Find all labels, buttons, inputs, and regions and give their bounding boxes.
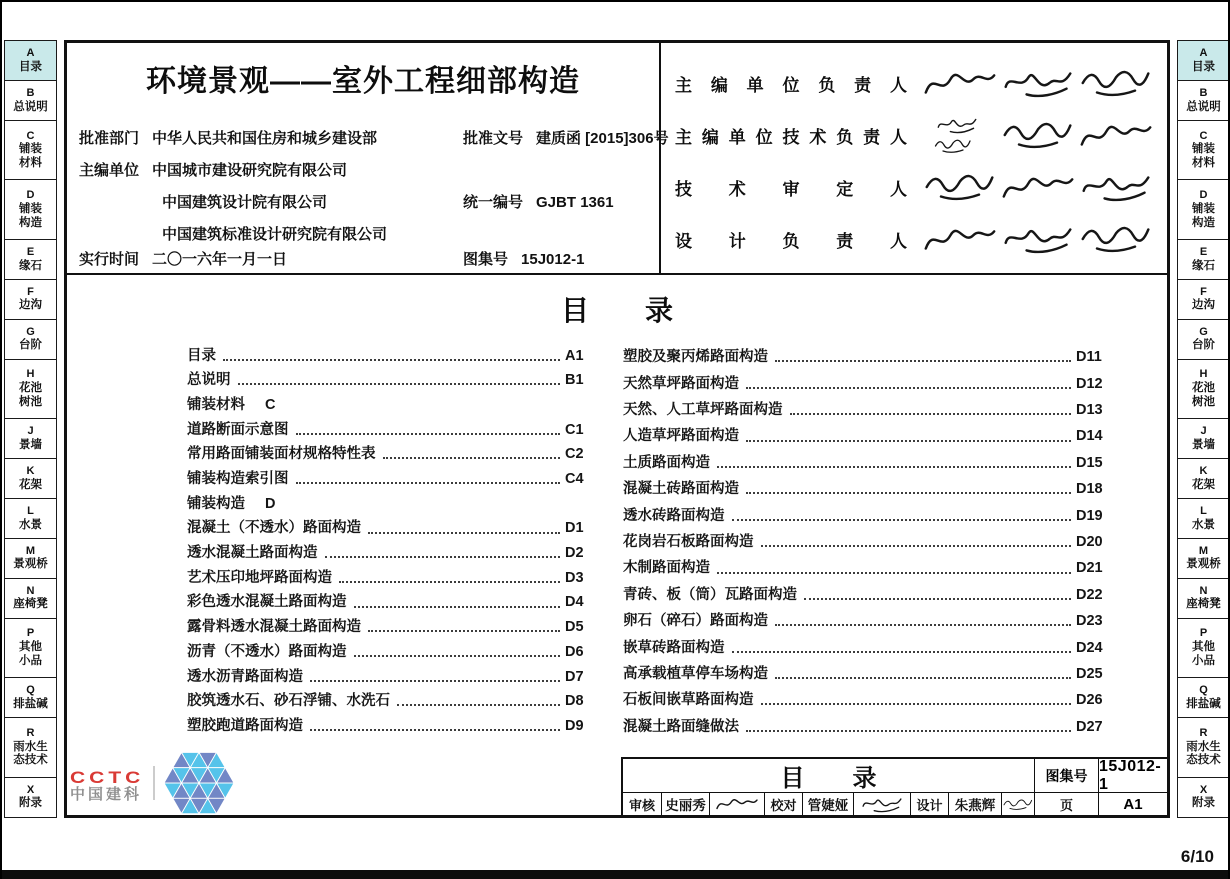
sidebar-tab-letter: D xyxy=(27,189,35,203)
toc-entry-title: 透水混凝土路面构造 xyxy=(187,544,318,562)
toc-entry-page: D11 xyxy=(1076,348,1110,366)
sidebar-tab-letter: J xyxy=(1200,425,1206,439)
sidebar-tab-B[interactable]: B总说明 xyxy=(1177,80,1230,121)
sidebar-tab-letter: N xyxy=(27,585,35,599)
toc-entry-title: 石板间嵌草路面构造 xyxy=(623,691,754,709)
sidebar-tab-name: 排盐碱 xyxy=(1186,698,1221,712)
sidebar-tab-name: 其他 小品 xyxy=(1192,641,1215,669)
dot-leader xyxy=(296,433,561,435)
toc-entry-title: 总说明 xyxy=(187,371,231,389)
designer-signature xyxy=(1001,792,1034,815)
sidebar-tab-letter: P xyxy=(1200,627,1207,641)
sidebar-tab-letter: F xyxy=(27,286,34,300)
dot-leader xyxy=(717,466,1071,468)
toc-entry[interactable]: 露骨料透水混凝土路面构造D5 xyxy=(187,612,599,637)
sidebar-tab-letter: J xyxy=(27,425,33,439)
toc-entry[interactable]: 高承载植草停车场构造D25 xyxy=(623,657,1110,683)
chief-editor-3: 中国建筑标准设计研究院有限公司 xyxy=(162,226,387,243)
toc-entry[interactable]: 铺装构造索引图C4 xyxy=(187,463,599,488)
handwritten-signature xyxy=(921,216,999,262)
sidebar-tab-letter: M xyxy=(26,545,35,559)
toc-entry-title: 常用路面铺装面材规格特性表 xyxy=(187,445,376,463)
toc-entry[interactable]: 透水砖路面构造D19 xyxy=(623,498,1110,524)
toc-entry-title: 卵石（碎石）路面构造 xyxy=(623,612,768,630)
sidebar-tab-J[interactable]: J景墙 xyxy=(1177,418,1230,459)
atlas-title: 环境景观——室外工程细部构造 xyxy=(67,56,659,100)
dot-leader xyxy=(732,651,1072,653)
approval-row: 批准部门中华人民共和国住房和城乡建设部 批准文号建质函 [2015]306号 xyxy=(79,127,651,149)
handwritten-signature xyxy=(1077,60,1155,106)
dot-leader xyxy=(775,677,1071,679)
approval-dept-label: 批准部门 xyxy=(79,130,139,147)
toc-entry-title: 彩色透水混凝土路面构造 xyxy=(187,593,347,611)
sidebar-tab-name: 花池 树池 xyxy=(1192,382,1215,410)
sidebar-tab-X[interactable]: X附录 xyxy=(4,777,57,818)
toc-section-code: D xyxy=(265,495,275,513)
effective-date-value: 二〇一六年一月一日 xyxy=(152,251,287,268)
sidebar-tab-letter: C xyxy=(1200,130,1208,144)
dot-leader xyxy=(804,598,1071,600)
sidebar-tab-name: 附录 xyxy=(1192,797,1215,811)
signature-row-label: 设计负责人 xyxy=(675,227,907,252)
dot-leader xyxy=(310,680,560,682)
handwritten-signature xyxy=(999,164,1077,210)
sidebar-tab-letter: Q xyxy=(1199,684,1208,698)
toc-entry-page: D12 xyxy=(1076,375,1110,393)
dot-leader xyxy=(354,655,561,657)
sidebar-tab-M[interactable]: M景观桥 xyxy=(4,538,57,579)
toc-entry[interactable]: 沥青（不透水）路面构造D6 xyxy=(187,636,599,661)
toc-entry-page: D25 xyxy=(1076,665,1110,683)
sidebar-tab-name: 花架 xyxy=(19,479,42,493)
toc-entry[interactable]: 木制路面构造D21 xyxy=(623,551,1110,577)
signature-row-label: 主编单位技术负责人 xyxy=(675,123,907,148)
toc-entry-page: B1 xyxy=(565,371,599,389)
sidebar-tab-name: 雨水生 态技术 xyxy=(1186,741,1221,769)
toc-entry-title: 混凝土（不透水）路面构造 xyxy=(187,519,361,537)
sidebar-tab-M[interactable]: M景观桥 xyxy=(1177,538,1230,579)
proofreader-signature xyxy=(853,792,910,815)
toc-entry-page: D22 xyxy=(1076,586,1110,604)
dot-leader xyxy=(746,492,1071,494)
chief-editor-1: 中国城市建设研究院有限公司 xyxy=(152,162,347,179)
unified-no-label: 统一编号 xyxy=(463,194,523,211)
sidebar-tab-letter: A xyxy=(1200,47,1208,61)
dot-leader xyxy=(238,383,561,385)
sidebar-tab-name: 铺装 材料 xyxy=(1192,143,1215,171)
sidebar-tab-letter: P xyxy=(27,627,34,641)
toc-entry[interactable]: 青砖、板（筒）瓦路面构造D22 xyxy=(623,578,1110,604)
toc-section-header[interactable]: 铺装构造D xyxy=(187,488,599,513)
toc-entry[interactable]: 胶筑透水石、砂石浮铺、水洗石D8 xyxy=(187,686,599,711)
proofreader-name: 管婕娅 xyxy=(802,792,853,815)
effective-date-row: 实行时间二〇一六年一月一日 图集号15J012-1 xyxy=(79,248,651,270)
sidebar-tab-letter: A xyxy=(27,47,35,61)
proofreader-label: 校对 xyxy=(764,792,802,815)
dot-leader xyxy=(296,482,561,484)
sidebar-tab-name: 水景 xyxy=(19,519,42,533)
sidebar-tab-name: 总说明 xyxy=(13,101,48,115)
toc-entry-page: C4 xyxy=(565,470,599,488)
toc-entry-title: 天然、人工草坪路面构造 xyxy=(623,401,783,419)
toc-entry[interactable]: 嵌草砖路面构造D24 xyxy=(623,630,1110,656)
reviewer-signature xyxy=(709,792,764,815)
sidebar-tab-letter: N xyxy=(1200,585,1208,599)
drawing-title-block: 目 录 图集号 15J012-1 审核 史丽秀 校对 管婕娅 设计 朱燕辉 页 … xyxy=(621,757,1167,815)
toc-entry-title: 铺装构造索引图 xyxy=(187,470,289,488)
page-label: 页 xyxy=(1034,792,1098,815)
toc-entry-title: 艺术压印地坪路面构造 xyxy=(187,569,332,587)
logo-divider xyxy=(153,766,155,800)
sidebar-tab-name: 总说明 xyxy=(1186,101,1221,115)
toc-entry-page: D7 xyxy=(565,668,599,686)
dot-leader xyxy=(717,572,1071,574)
sidebar-tab-letter: L xyxy=(1200,505,1207,519)
sidebar-tab-letter: C xyxy=(27,130,35,144)
viewer-page-indicator: 6/10 xyxy=(1181,847,1214,867)
header-info-block: 环境景观——室外工程细部构造 批准部门中华人民共和国住房和城乡建设部 批准文号建… xyxy=(67,43,661,273)
handwritten-signature xyxy=(1077,112,1155,158)
toc-heading: 目 录 xyxy=(67,289,1167,329)
sidebar-tab-K[interactable]: K花架 xyxy=(1177,458,1230,499)
dot-leader xyxy=(368,532,560,534)
handwritten-signature xyxy=(921,164,999,210)
signature-row: 技术审定人 xyxy=(675,162,1161,212)
sidebar-tab-name: 座椅凳 xyxy=(13,598,48,612)
sidebar-tab-name: 景观桥 xyxy=(1186,558,1221,572)
sidebar-tab-C[interactable]: C铺装 材料 xyxy=(4,120,57,181)
title-block-title: 目 录 xyxy=(623,759,1034,792)
sidebar-tab-D[interactable]: D铺装 构造 xyxy=(1177,179,1230,240)
sidebar-tab-P[interactable]: P其他 小品 xyxy=(4,618,57,679)
toc-entry[interactable]: 彩色透水混凝土路面构造D4 xyxy=(187,587,599,612)
signature-row: 设计负责人 xyxy=(675,214,1161,264)
dot-leader xyxy=(775,624,1071,626)
document-page: A目录B总说明C铺装 材料D铺装 构造E缘石F边沟G台阶H花池 树池J景墙K花架… xyxy=(0,0,1230,879)
sidebar-tab-name: 景观桥 xyxy=(13,558,48,572)
toc-entry-title: 天然草坪路面构造 xyxy=(623,375,739,393)
toc-entry[interactable]: 花岗岩石板路面构造D20 xyxy=(623,525,1110,551)
sidebar-tab-name: 台阶 xyxy=(19,339,42,353)
toc-entry-page: D20 xyxy=(1076,533,1110,551)
viewer-bottom-bar xyxy=(2,870,1228,879)
dot-leader xyxy=(368,630,560,632)
toc-entry-title: 铺装构造 xyxy=(187,495,245,513)
dot-leader xyxy=(746,387,1071,389)
dot-leader xyxy=(732,519,1072,521)
toc-entry-title: 道路断面示意图 xyxy=(187,421,289,439)
handwritten-signature xyxy=(1077,164,1155,210)
toc-entry-title: 塑胶及聚丙烯路面构造 xyxy=(623,348,768,366)
sidebar-tab-letter: L xyxy=(27,505,34,519)
approval-no-label: 批准文号 xyxy=(463,130,523,147)
toc-entry-title: 露骨料透水混凝土路面构造 xyxy=(187,618,361,636)
toc-entry-page: D27 xyxy=(1076,718,1110,736)
sidebar-tab-name: 座椅凳 xyxy=(1186,598,1221,612)
sidebar-tab-J[interactable]: J景墙 xyxy=(4,418,57,459)
toc-section-code: C xyxy=(265,396,275,414)
toc-entry[interactable]: 土质路面构造D15 xyxy=(623,446,1110,472)
sidebar-tab-letter: G xyxy=(26,326,35,340)
sidebar-tab-letter: K xyxy=(27,465,35,479)
toc-entry[interactable]: 透水沥青路面构造D7 xyxy=(187,661,599,686)
toc-entry-title: 塑胶跑道路面构造 xyxy=(187,717,303,735)
toc-entry-page: D9 xyxy=(565,717,599,735)
handwritten-signature xyxy=(999,216,1077,262)
sidebar-tab-A[interactable]: A目录 xyxy=(1177,40,1230,81)
chief-editor-row: 主编单位中国城市建设研究院有限公司 xyxy=(79,159,651,181)
sidebar-tab-name: 边沟 xyxy=(19,299,42,313)
sidebar-tab-name: 雨水生 态技术 xyxy=(13,741,48,769)
dot-leader xyxy=(310,729,560,731)
toc-entry-page: D6 xyxy=(565,643,599,661)
sidebar-tab-name: 景墙 xyxy=(19,439,42,453)
toc-entry-title: 混凝土路面缝做法 xyxy=(623,718,739,736)
sidebar-tab-Q[interactable]: Q排盐碱 xyxy=(1177,677,1230,718)
sidebar-tab-name: 目录 xyxy=(1192,61,1215,75)
sidebar-tab-name: 花架 xyxy=(1192,479,1215,493)
dot-leader xyxy=(397,704,560,706)
toc-entry[interactable]: 塑胶及聚丙烯路面构造D11 xyxy=(623,340,1110,366)
sidebar-tab-name: 目录 xyxy=(19,61,42,75)
page-number: A1 xyxy=(1098,792,1167,815)
toc-entry-page: D13 xyxy=(1076,401,1110,419)
unified-no-value: GJBT 1361 xyxy=(536,194,614,211)
toc-entry-title: 沥青（不透水）路面构造 xyxy=(187,643,347,661)
designer-label: 设计 xyxy=(910,792,948,815)
sheet-header: 环境景观——室外工程细部构造 批准部门中华人民共和国住房和城乡建设部 批准文号建… xyxy=(67,43,1167,275)
toc-entry-title: 人造草坪路面构造 xyxy=(623,427,739,445)
toc-entry[interactable]: 天然草坪路面构造D12 xyxy=(623,366,1110,392)
sidebar-tab-name: 景墙 xyxy=(1192,439,1215,453)
toc-entry-page: D21 xyxy=(1076,559,1110,577)
sidebar-tab-letter: G xyxy=(1199,326,1208,340)
dot-leader xyxy=(761,545,1072,547)
approval-dept-value: 中华人民共和国住房和城乡建设部 xyxy=(152,130,377,147)
sidebar-tab-name: 花池 树池 xyxy=(19,382,42,410)
reviewer-name: 史丽秀 xyxy=(661,792,709,815)
sidebar-tab-letter: X xyxy=(27,784,34,798)
effective-date-label: 实行时间 xyxy=(79,251,139,268)
title-block-atlas-no: 15J012-1 xyxy=(1098,759,1167,792)
signature-row-label: 主编单位负责人 xyxy=(675,71,907,96)
sidebar-tab-E[interactable]: E缘石 xyxy=(4,239,57,280)
toc-column-left: 目录A1总说明B1铺装材料C道路断面示意图C1常用路面铺装面材规格特性表C2铺装… xyxy=(187,340,599,735)
toc-entry-title: 嵌草砖路面构造 xyxy=(623,639,725,657)
toc-entry[interactable]: 卵石（碎石）路面构造D23 xyxy=(623,604,1110,630)
designer-name: 朱燕辉 xyxy=(948,792,1001,815)
toc-entry-page: D26 xyxy=(1076,691,1110,709)
sidebar-tab-F[interactable]: F边沟 xyxy=(1177,279,1230,320)
logo-brand-text: CCTC xyxy=(70,769,144,786)
toc-entry-page: D23 xyxy=(1076,612,1110,630)
toc-entry-page: D8 xyxy=(565,692,599,710)
toc-entry-page: D15 xyxy=(1076,454,1110,472)
chief-editor-row-3: 中国建筑标准设计研究院有限公司 xyxy=(79,223,651,245)
toc-entry[interactable]: 塑胶跑道路面构造D9 xyxy=(187,710,599,735)
sidebar-tab-R[interactable]: R雨水生 态技术 xyxy=(1177,717,1230,778)
toc-entry[interactable]: 天然、人工草坪路面构造D13 xyxy=(623,393,1110,419)
toc-entry-page: D3 xyxy=(565,569,599,587)
handwritten-signature xyxy=(921,60,999,106)
sidebar-tab-name: 缘石 xyxy=(1192,260,1215,274)
sheet-frame: 环境景观——室外工程细部构造 批准部门中华人民共和国住房和城乡建设部 批准文号建… xyxy=(64,40,1170,818)
dot-leader xyxy=(790,413,1072,415)
sidebar-tab-name: 缘石 xyxy=(19,260,42,274)
sidebar-tab-letter: D xyxy=(1200,189,1208,203)
sidebar-tab-name: 其他 小品 xyxy=(19,641,42,669)
sidebar-tab-letter: Q xyxy=(26,684,35,698)
signature-row: 主编单位技术负责人 xyxy=(675,110,1161,160)
sidebar-tab-letter: B xyxy=(27,87,35,101)
dot-leader xyxy=(354,606,561,608)
toc-entry-title: 高承载植草停车场构造 xyxy=(623,665,768,683)
sidebar-tab-N[interactable]: N座椅凳 xyxy=(1177,578,1230,619)
toc-entry-page: D1 xyxy=(565,519,599,537)
toc-entry[interactable]: 透水混凝土路面构造D2 xyxy=(187,538,599,563)
toc-entry-title: 土质路面构造 xyxy=(623,454,710,472)
toc-entry-page: D4 xyxy=(565,593,599,611)
toc-entry-page: D19 xyxy=(1076,507,1110,525)
approval-no-value: 建质函 [2015]306号 xyxy=(536,130,669,147)
toc-entry-page: D2 xyxy=(565,544,599,562)
dot-leader xyxy=(383,457,561,459)
sidebar-tab-name: 附录 xyxy=(19,797,42,811)
sidebar-tab-P[interactable]: P其他 小品 xyxy=(1177,618,1230,679)
dot-leader xyxy=(761,703,1072,705)
sidebar-tab-letter: K xyxy=(1200,465,1208,479)
hexagon-logo-icon xyxy=(164,752,234,814)
logo-brand-cn-text: 中国建科 xyxy=(70,787,144,802)
toc-entry-page: D14 xyxy=(1076,427,1110,445)
sidebar-tab-letter: F xyxy=(1200,286,1207,300)
toc-entry[interactable]: 混凝土砖路面构造D18 xyxy=(623,472,1110,498)
atlas-no-value: 15J012-1 xyxy=(521,251,584,268)
title-block-atlas-no-label: 图集号 xyxy=(1034,759,1098,792)
dot-leader xyxy=(775,360,1071,362)
sidebar-tab-name: 水景 xyxy=(1192,519,1215,533)
toc-entry-page: A1 xyxy=(565,347,599,365)
sidebar-tab-letter: R xyxy=(1200,727,1208,741)
toc-entry[interactable]: 艺术压印地坪路面构造D3 xyxy=(187,562,599,587)
chief-editor-row-2: 中国建筑设计院有限公司 统一编号GJBT 1361 xyxy=(79,191,651,213)
sidebar-tab-letter: E xyxy=(27,246,34,260)
sidebar-tab-X[interactable]: X附录 xyxy=(1177,777,1230,818)
dot-leader xyxy=(223,359,560,361)
toc-entry-page: D24 xyxy=(1076,639,1110,657)
sidebar-tab-K[interactable]: K花架 xyxy=(4,458,57,499)
sidebar-tab-B[interactable]: B总说明 xyxy=(4,80,57,121)
publisher-logo: CCTC 中国建科 xyxy=(70,752,234,814)
sidebar-tab-L[interactable]: L水景 xyxy=(1177,498,1230,539)
sidebar-tab-H[interactable]: H花池 树池 xyxy=(4,359,57,420)
sidebar-tab-G[interactable]: G台阶 xyxy=(4,319,57,360)
sidebar-tab-N[interactable]: N座椅凳 xyxy=(4,578,57,619)
sidebar-tab-letter: X xyxy=(1200,784,1207,798)
sidebar-tab-name: 铺装 构造 xyxy=(1192,203,1215,231)
sidebar-tab-name: 铺装 材料 xyxy=(19,143,42,171)
handwritten-signature xyxy=(1077,216,1155,262)
sidebar-tab-L[interactable]: L水景 xyxy=(4,498,57,539)
sidebar-tab-G[interactable]: G台阶 xyxy=(1177,319,1230,360)
toc-entry-page: D5 xyxy=(565,618,599,636)
toc-entry-title: 铺装材料 xyxy=(187,396,245,414)
signature-row-label: 技术审定人 xyxy=(675,175,907,200)
sidebar-tab-name: 台阶 xyxy=(1192,339,1215,353)
signature-row: 主编单位负责人 xyxy=(675,58,1161,108)
section-sidebar-left: A目录B总说明C铺装 材料D铺装 构造E缘石F边沟G台阶H花池 树池J景墙K花架… xyxy=(4,40,57,818)
toc-entry-title: 混凝土砖路面构造 xyxy=(623,480,739,498)
sidebar-tab-R[interactable]: R雨水生 态技术 xyxy=(4,717,57,778)
sidebar-tab-letter: M xyxy=(1199,545,1208,559)
toc-entry-title: 花岗岩石板路面构造 xyxy=(623,533,754,551)
sidebar-tab-letter: H xyxy=(27,368,35,382)
sidebar-tab-C[interactable]: C铺装 材料 xyxy=(1177,120,1230,181)
dot-leader xyxy=(746,440,1071,442)
sidebar-tab-letter: B xyxy=(1200,87,1208,101)
toc-entry[interactable]: 常用路面铺装面材规格特性表C2 xyxy=(187,439,599,464)
reviewer-label: 审核 xyxy=(623,792,661,815)
sidebar-tab-D[interactable]: D铺装 构造 xyxy=(4,179,57,240)
sidebar-tab-name: 铺装 构造 xyxy=(19,203,42,231)
toc-entry-page: C1 xyxy=(565,421,599,439)
toc-entry[interactable]: 人造草坪路面构造D14 xyxy=(623,419,1110,445)
atlas-no-label: 图集号 xyxy=(463,251,508,268)
toc-entry[interactable]: 目录A1 xyxy=(187,340,599,365)
sidebar-tab-E[interactable]: E缘石 xyxy=(1177,239,1230,280)
handwritten-signature xyxy=(999,60,1077,106)
toc-entry[interactable]: 石板间嵌草路面构造D26 xyxy=(623,683,1110,709)
section-sidebar-right: A目录B总说明C铺装 材料D铺装 构造E缘石F边沟G台阶H花池 树池J景墙K花架… xyxy=(1177,40,1230,818)
sidebar-tab-name: 边沟 xyxy=(1192,299,1215,313)
sidebar-tab-letter: R xyxy=(27,727,35,741)
toc-entry-title: 透水砖路面构造 xyxy=(623,507,725,525)
toc-entry-page: C2 xyxy=(565,445,599,463)
dot-leader xyxy=(339,581,560,583)
sidebar-tab-name: 排盐碱 xyxy=(13,698,48,712)
toc-entry-title: 目录 xyxy=(187,347,216,365)
toc-entry[interactable]: 道路断面示意图C1 xyxy=(187,414,599,439)
toc-column-right: 塑胶及聚丙烯路面构造D11天然草坪路面构造D12天然、人工草坪路面构造D13人造… xyxy=(623,340,1110,736)
sidebar-tab-Q[interactable]: Q排盐碱 xyxy=(4,677,57,718)
toc-section-header[interactable]: 铺装材料C xyxy=(187,389,599,414)
dot-leader xyxy=(325,556,561,558)
handwritten-signature xyxy=(921,112,999,158)
toc-entry[interactable]: 总说明B1 xyxy=(187,365,599,390)
sidebar-tab-letter: E xyxy=(1200,246,1207,260)
toc-entry-title: 胶筑透水石、砂石浮铺、水洗石 xyxy=(187,692,390,710)
toc-entry-title: 透水沥青路面构造 xyxy=(187,668,303,686)
signature-block: 主编单位负责人主编单位技术负责人技术审定人设计负责人 xyxy=(661,43,1167,273)
sidebar-tab-letter: H xyxy=(1200,368,1208,382)
toc-entry-page: D18 xyxy=(1076,480,1110,498)
toc-entry[interactable]: 混凝土路面缝做法D27 xyxy=(623,709,1110,735)
toc-entry[interactable]: 混凝土（不透水）路面构造D1 xyxy=(187,513,599,538)
sidebar-tab-A[interactable]: A目录 xyxy=(4,40,57,81)
toc-entry-title: 木制路面构造 xyxy=(623,559,710,577)
toc-entry-title: 青砖、板（筒）瓦路面构造 xyxy=(623,586,797,604)
dot-leader xyxy=(746,730,1071,732)
chief-editor-2: 中国建筑设计院有限公司 xyxy=(162,194,327,211)
sidebar-tab-H[interactable]: H花池 树池 xyxy=(1177,359,1230,420)
chief-editor-label: 主编单位 xyxy=(79,162,139,179)
handwritten-signature xyxy=(999,112,1077,158)
sidebar-tab-F[interactable]: F边沟 xyxy=(4,279,57,320)
